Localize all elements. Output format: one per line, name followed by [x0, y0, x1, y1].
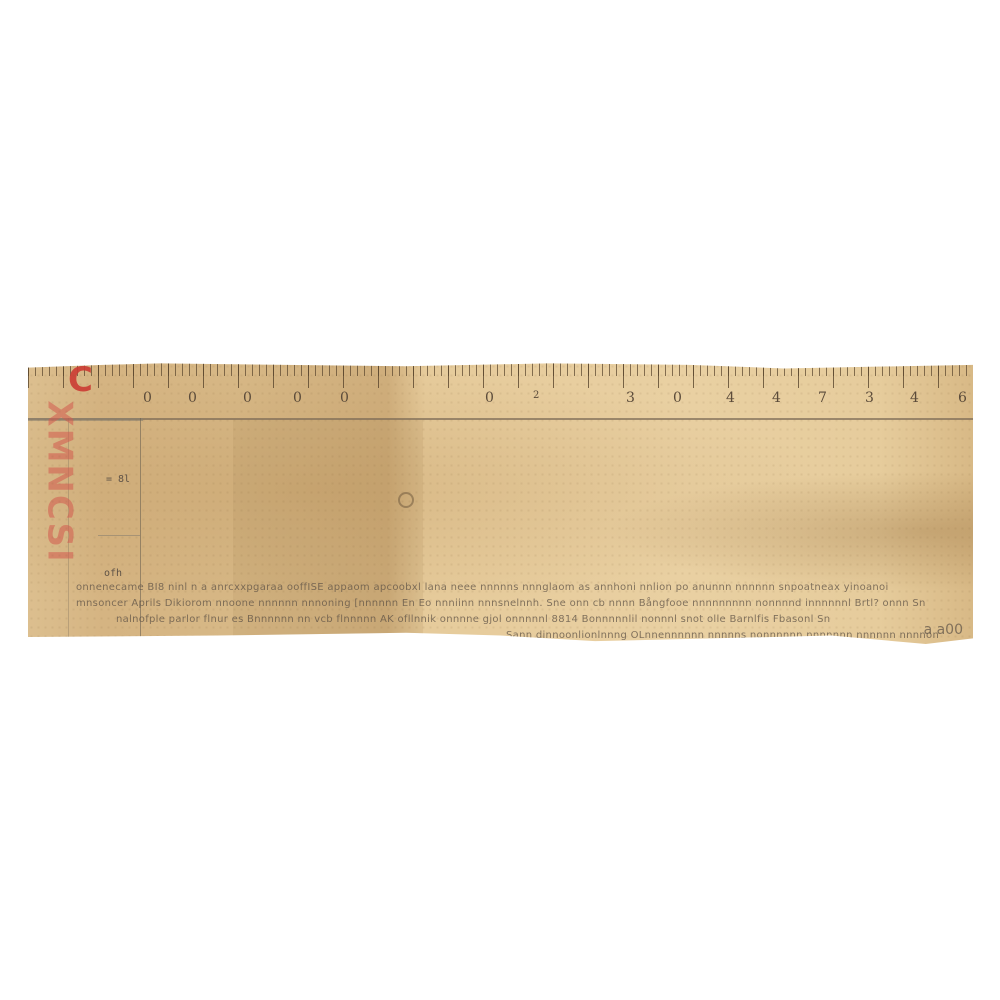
ruler-baseline [28, 418, 973, 420]
ruler-numeral: 4 [726, 390, 736, 406]
ruler-numeral: 0 [188, 390, 198, 406]
ruler-numeral: 0 [243, 390, 253, 406]
ruler-numeral: 0 [293, 390, 303, 406]
ruler-numeral: 7 [818, 390, 828, 406]
printed-text-block: onnenecame BI8 ninl n a anrcxxpgaraa oof… [76, 580, 966, 644]
paper-stain [398, 492, 414, 508]
ruler-numeral: 6 [958, 390, 968, 406]
printed-text-line: mnsoncer Aprils Dikiorom nnoone nnnnnn n… [76, 596, 966, 612]
printed-text-line: onnenecame BI8 ninl n a anrcxxpgaraa oof… [76, 580, 966, 596]
ruler-numeral: 4 [772, 390, 782, 406]
red-stamp: C XMNCSI [68, 362, 98, 597]
ruler-major-ticks [28, 362, 973, 388]
box-mark: = 8l [106, 474, 130, 485]
ruler-numeral: 3 [865, 390, 875, 406]
printed-text-line: nalnofple parlor flnur es Bnnnnnn nn vcb… [76, 612, 966, 628]
ruler-numeral: 0 [143, 390, 153, 406]
ruler-numeral: 0 [673, 390, 683, 406]
red-stamp-text: XMNCSI [40, 400, 80, 563]
ruler-numeral: 3 [626, 390, 636, 406]
corner-mark: a a00 [924, 622, 963, 638]
border-line [98, 535, 140, 536]
red-stamp-letter: C [68, 360, 95, 400]
box-mark: ofh [104, 568, 122, 579]
printed-text-line: Sann dinnoonlionlnnng OLnnennnnnn nnnnns… [76, 628, 966, 644]
ruler-numeral: 4 [910, 390, 920, 406]
paper-strip: 0 0 0 0 0 0 2 3 0 4 4 7 3 4 6 C XMNCSI =… [28, 362, 973, 644]
ruler-numeral: 0 [340, 390, 350, 406]
ruler-numeral: 0 [485, 390, 495, 406]
ruler-numeral: 2 [533, 390, 540, 401]
ruler-scale: 0 0 0 0 0 0 2 3 0 4 4 7 3 4 6 [28, 362, 973, 422]
